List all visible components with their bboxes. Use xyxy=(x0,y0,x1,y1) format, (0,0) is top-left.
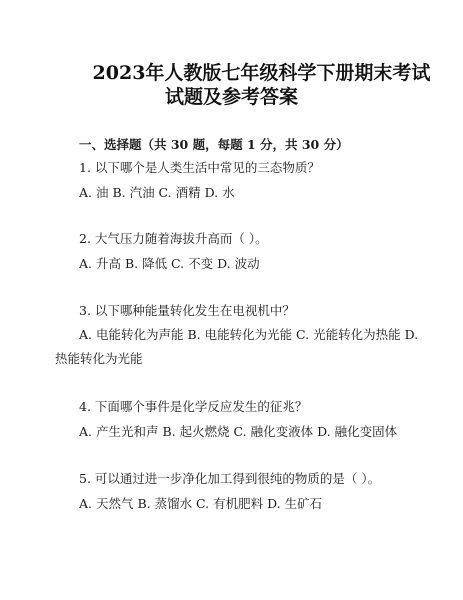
question-2-stem: 2. 大气压力随着海拔升高而（ ）。 xyxy=(79,231,268,247)
question-1-stem: 1. 以下哪个是人类生活中常见的三态物质？ xyxy=(79,160,320,176)
question-4-options: A. 产生光和声 B. 起火燃烧 C. 融化变液体 D. 融化变固体 xyxy=(79,424,397,440)
question-3-options: A. 电能转化为声能 B. 电能转化为光能 C. 光能转化为热能 D. xyxy=(79,327,418,343)
document-title-line2: 试题及参考答案 xyxy=(0,85,463,109)
question-3-options-continued: 热能转化为光能 xyxy=(55,351,143,367)
document-title-line1: 2023年人教版七年级科学下册期末考试 xyxy=(30,61,463,85)
question-1-options: A. 油 B. 汽油 C. 酒精 D. 水 xyxy=(79,185,235,201)
question-5-options: A. 天然气 B. 蒸馏水 C. 有机肥料 D. 生矿石 xyxy=(79,496,322,512)
section-heading: 一、选择题（共 30 题，每题 1 分，共 30 分） xyxy=(79,137,349,153)
question-3-stem: 3. 以下哪种能量转化发生在电视机中？ xyxy=(79,303,295,319)
question-4-stem: 4. 下面哪个事件是化学反应发生的征兆？ xyxy=(79,399,307,415)
question-5-stem: 5. 可以通过进一步净化加工得到很纯的物质的是（ ）。 xyxy=(79,471,380,487)
question-2-options: A. 升高 B. 降低 C. 不变 D. 波动 xyxy=(79,256,260,272)
